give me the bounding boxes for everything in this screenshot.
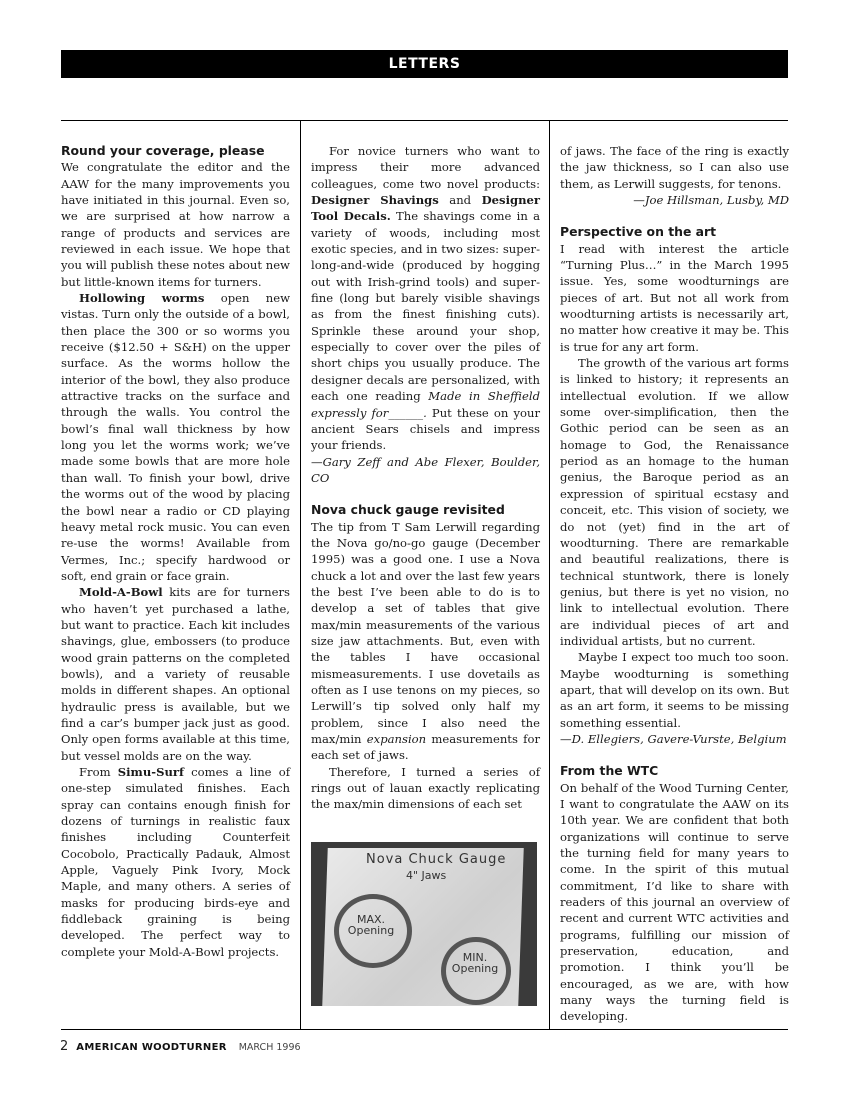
paragraph: On behalf of the Wood Turning Center, I … bbox=[560, 780, 789, 1025]
issue-date: MARCH 1996 bbox=[239, 1042, 301, 1053]
paragraph: We congratulate the editor and the AAW f… bbox=[61, 159, 290, 290]
min-opening-label: MIN. Opening bbox=[448, 952, 502, 974]
column-divider-2 bbox=[549, 120, 550, 1030]
letter-heading: Round your coverage, please bbox=[61, 143, 290, 159]
photo-caption-title: Nova Chuck Gauge bbox=[366, 854, 506, 865]
column-1: Round your coverage, please We congratul… bbox=[61, 143, 290, 960]
section-title: LETTERS bbox=[389, 56, 461, 72]
bottom-rule bbox=[61, 1029, 788, 1030]
publication-name: AMERICAN WOODTURNER bbox=[76, 1042, 226, 1053]
column-2: For novice turners who want to impress t… bbox=[311, 143, 540, 813]
nova-chuck-gauge-photo: Nova Chuck Gauge 4" Jaws MAX. Opening MI… bbox=[311, 842, 537, 1006]
signature: —D. Ellegiers, Gavere-Vurste, Belgium bbox=[560, 731, 789, 747]
letter-heading: Perspective on the art bbox=[560, 224, 789, 240]
product-name: Mold-A-Bowl bbox=[79, 585, 163, 599]
paragraph: Hollowing worms open new vistas. Turn on… bbox=[61, 290, 290, 584]
paragraph: The tip from T Sam Lerwill regarding the… bbox=[311, 519, 540, 764]
product-name: Designer Shavings bbox=[311, 193, 439, 207]
paragraph: of jaws. The face of the ring is exactly… bbox=[560, 143, 789, 192]
top-rule bbox=[61, 120, 788, 121]
paragraph: Maybe I expect too much too soon. Maybe … bbox=[560, 649, 789, 731]
letter-heading: From the WTC bbox=[560, 763, 789, 779]
paragraph: I read with interest the article “Turnin… bbox=[560, 241, 789, 355]
page-number: 2 bbox=[60, 1039, 68, 1054]
product-name: Simu-Surf bbox=[118, 765, 184, 779]
signature: —Joe Hillsman, Lusby, MD bbox=[560, 192, 789, 208]
paragraph: Therefore, I turned a series of rings ou… bbox=[311, 764, 540, 813]
paragraph: For novice turners who want to impress t… bbox=[311, 143, 540, 454]
product-name: Hollowing worms bbox=[79, 291, 204, 305]
paragraph: From Simu-Surf comes a line of one-step … bbox=[61, 764, 290, 960]
paragraph: The growth of the various art forms is l… bbox=[560, 355, 789, 649]
signature: —Gary Zeff and Abe Flexer, Boulder, CO bbox=[311, 454, 540, 487]
paragraph: Mold-A-Bowl kits are for turners who hav… bbox=[61, 584, 290, 764]
photo-caption-subtitle: 4" Jaws bbox=[406, 870, 446, 881]
page-footer: 2 AMERICAN WOODTURNER MARCH 1996 bbox=[60, 1039, 301, 1054]
column-divider-1 bbox=[300, 120, 301, 1030]
column-3: of jaws. The face of the ring is exactly… bbox=[560, 143, 789, 1025]
max-opening-label: MAX. Opening bbox=[344, 914, 398, 936]
section-banner: LETTERS bbox=[61, 50, 788, 78]
letter-heading: Nova chuck gauge revisited bbox=[311, 502, 540, 518]
